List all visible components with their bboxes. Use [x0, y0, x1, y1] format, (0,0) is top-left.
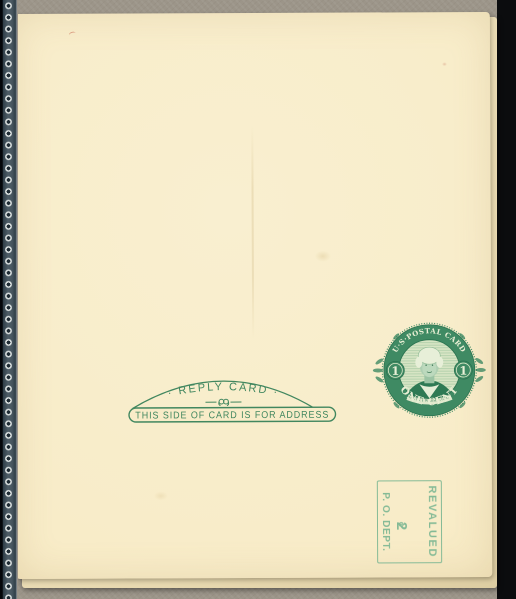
- film-strip-binding: [0, 0, 18, 599]
- revalued-overprint: REVALUED 2¢ P. O. DEPT.: [377, 480, 442, 563]
- reply-arc-label: · REPLY CARD ·: [167, 381, 281, 400]
- stamp-denomination-right: 1: [454, 361, 472, 379]
- address-box-label: THIS SIDE OF CARD IS FOR ADDRESS: [135, 410, 329, 422]
- svg-text:1: 1: [391, 364, 399, 378]
- aging-scratch: [68, 31, 76, 38]
- aging-spot: [442, 62, 447, 66]
- stamp-denomination-left: 1: [386, 361, 404, 379]
- album-page-photo: · REPLY CARD · THIS SIDE OF CARD IS FOR …: [0, 0, 516, 599]
- aging-spot: [154, 491, 168, 500]
- postal-card: · REPLY CARD · THIS SIDE OF CARD IS FOR …: [14, 12, 492, 579]
- reply-device: · REPLY CARD · THIS SIDE OF CARD IS FOR …: [127, 367, 339, 424]
- revalued-dept-line: P. O. DEPT.: [380, 492, 391, 551]
- stamp-imprint: MARTHA WASHINGTON U·S·POSTAL CARD ONE CE…: [371, 318, 487, 423]
- svg-text:· REPLY CARD ·: · REPLY CARD ·: [167, 381, 281, 400]
- revalued-line: REVALUED: [426, 485, 438, 558]
- scroll-flourish-icon: [205, 399, 241, 406]
- aging-spot: [315, 251, 331, 262]
- card-crease: [251, 125, 254, 340]
- svg-text:1: 1: [459, 364, 467, 378]
